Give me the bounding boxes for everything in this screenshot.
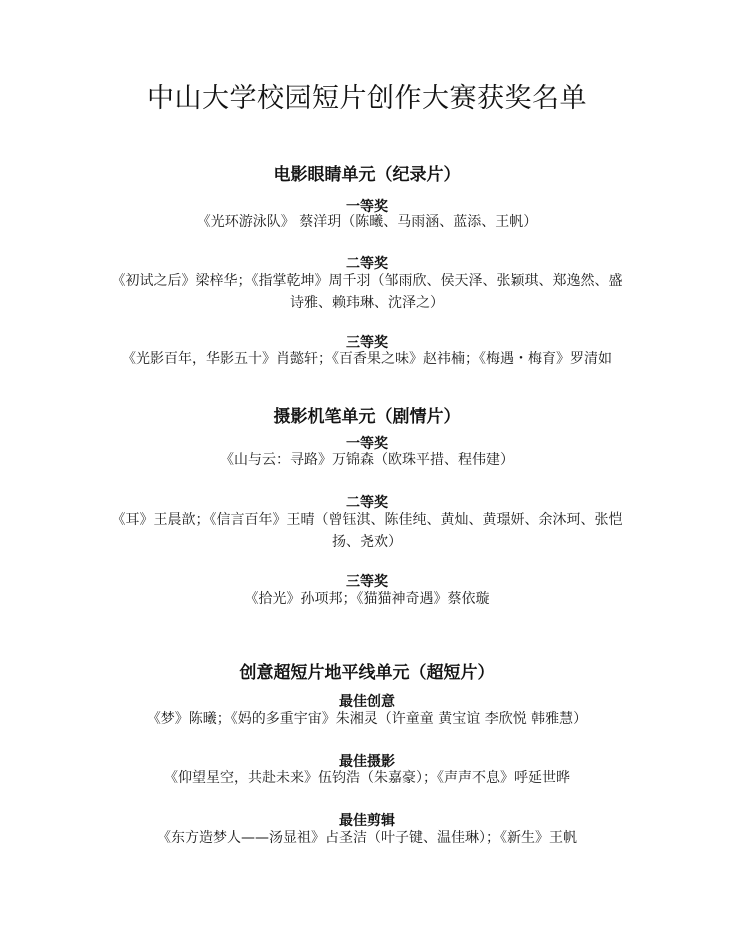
award-winners: 《初试之后》梁梓华；《指掌乾坤》周千羽（邹雨欣、侯天泽、张颖琪、郑逸然、盛诗雅、… xyxy=(110,270,624,314)
award-winners: 《梦》陈曦；《妈的多重宇宙》朱湘灵（许童童 黄宝谊 李欣悦 韩雅慧） xyxy=(0,708,734,730)
award-winners: 《光环游泳队》 蔡洋玥（陈曦、马雨涵、蓝添、王帆） xyxy=(0,211,734,233)
section-heading-documentary: 电影眼睛单元（纪录片） xyxy=(0,160,734,185)
document-title: 中山大学校园短片创作大赛获奖名单 xyxy=(0,76,734,115)
award-winners: 《光影百年，华影五十》肖懿轩；《百香果之味》赵祎楠；《梅遇・梅育》罗清如 xyxy=(0,348,734,370)
award-winners: 《东方造梦人——汤显祖》占圣洁（叶子键、温佳琳）；《新生》王帆 xyxy=(0,827,734,849)
award-winners: 《耳》王晨歆；《信言百年》王晴（曾钰淇、陈佳纯、黄灿、黄璟妍、余沐珂、张恺扬、尧… xyxy=(100,509,634,553)
award-winners: 《仰望星空，共赴未来》伍钧浩（朱嘉豪）；《声声不息》呼延世晔 xyxy=(0,767,734,789)
award-winners: 《拾光》孙项邦；《猫猫神奇遇》蔡依璇 xyxy=(0,588,734,610)
section-heading-micro-short: 创意超短片地平线单元（超短片） xyxy=(0,658,734,683)
award-winners: 《山与云：寻路》万锦森（欧珠平措、程伟建） xyxy=(0,449,734,471)
section-heading-drama: 摄影机笔单元（剧情片） xyxy=(0,402,734,427)
award-list-document: 中山大学校园短片创作大赛获奖名单 电影眼睛单元（纪录片） 一等奖 《光环游泳队》… xyxy=(0,0,734,948)
